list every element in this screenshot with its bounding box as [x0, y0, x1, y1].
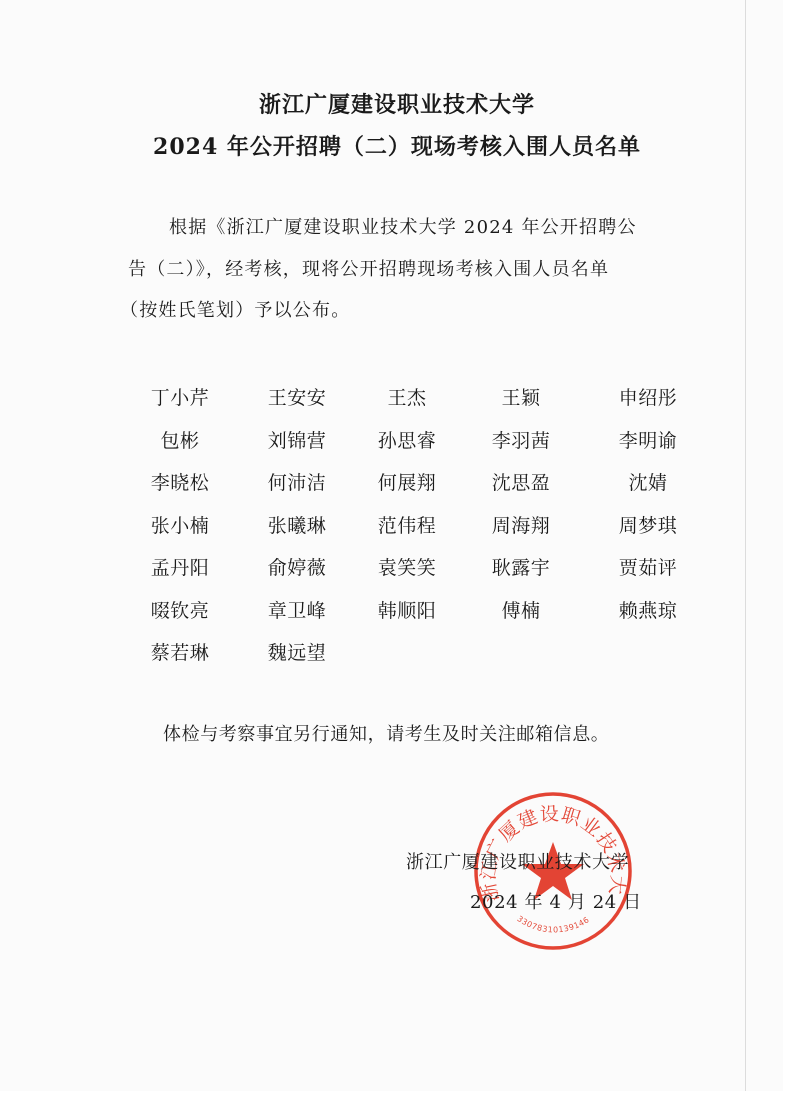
candidate-name: 贾茹评: [619, 553, 678, 580]
candidate-name: 李明谕: [619, 426, 678, 453]
candidate-name: 何展翔: [378, 468, 437, 495]
candidate-name: 赖燕琼: [619, 596, 678, 623]
candidate-name: 耿露宇: [492, 553, 551, 580]
scanned-page: [0, 0, 783, 1091]
candidate-name: 张曦琳: [268, 511, 327, 538]
candidate-name: 李羽茜: [492, 426, 551, 453]
scan-fold-line: [745, 0, 746, 1091]
candidate-name: 范伟程: [378, 511, 437, 538]
candidate-name: 韩顺阳: [378, 596, 437, 623]
intro-line-2: 告（二）》，经考核，现将公开招聘现场考核入围人员名单: [128, 260, 609, 280]
candidate-name: 孙思睿: [378, 426, 437, 453]
svg-text:33078310139146: 33078310139146: [515, 914, 591, 934]
candidate-name: 包彬: [160, 426, 199, 453]
candidate-name: 魏远望: [268, 638, 327, 665]
candidate-name: 沈思盈: [492, 468, 551, 495]
title-list-heading: 2024 年公开招聘（二）现场考核入围人员名单: [0, 130, 794, 161]
signature-date: 2024 年 4 月 24 日: [470, 888, 642, 914]
candidate-name: 孟丹阳: [151, 553, 210, 580]
intro-line-3: （按姓氏笔划）予以公布。: [120, 301, 350, 321]
candidate-name: 周梦琪: [619, 511, 678, 538]
candidate-name: 傅楠: [501, 596, 540, 623]
candidate-name: 何沛洁: [268, 468, 327, 495]
candidate-name: 刘锦营: [268, 426, 327, 453]
candidate-name: 王安安: [268, 383, 327, 410]
candidate-name: 丁小芹: [151, 383, 210, 410]
signature-organization: 浙江广厦建设职业技术大学: [406, 848, 629, 874]
candidate-name: 袁笑笑: [378, 553, 437, 580]
candidate-name: 蔡若琳: [151, 638, 210, 665]
candidate-name: 俞婷薇: [268, 553, 327, 580]
candidate-name: 王杰: [387, 383, 426, 410]
candidate-name: 李晓松: [151, 468, 210, 495]
candidate-name: 章卫峰: [268, 596, 327, 623]
notice-text: 体检与考察事宜另行通知，请考生及时关注邮箱信息。: [163, 725, 609, 745]
candidate-name: 啜钦亮: [151, 596, 210, 623]
candidate-name: 周海翔: [492, 511, 551, 538]
candidate-name: 张小楠: [151, 511, 210, 538]
candidate-name: 王颖: [501, 383, 540, 410]
candidate-name: 申绍彤: [619, 383, 678, 410]
title-university: 浙江广厦建设职业技术大学: [0, 88, 794, 119]
candidate-name: 沈婧: [628, 468, 667, 495]
intro-line-1: 根据《浙江广厦建设职业技术大学 2024 年公开招聘公: [169, 218, 637, 238]
